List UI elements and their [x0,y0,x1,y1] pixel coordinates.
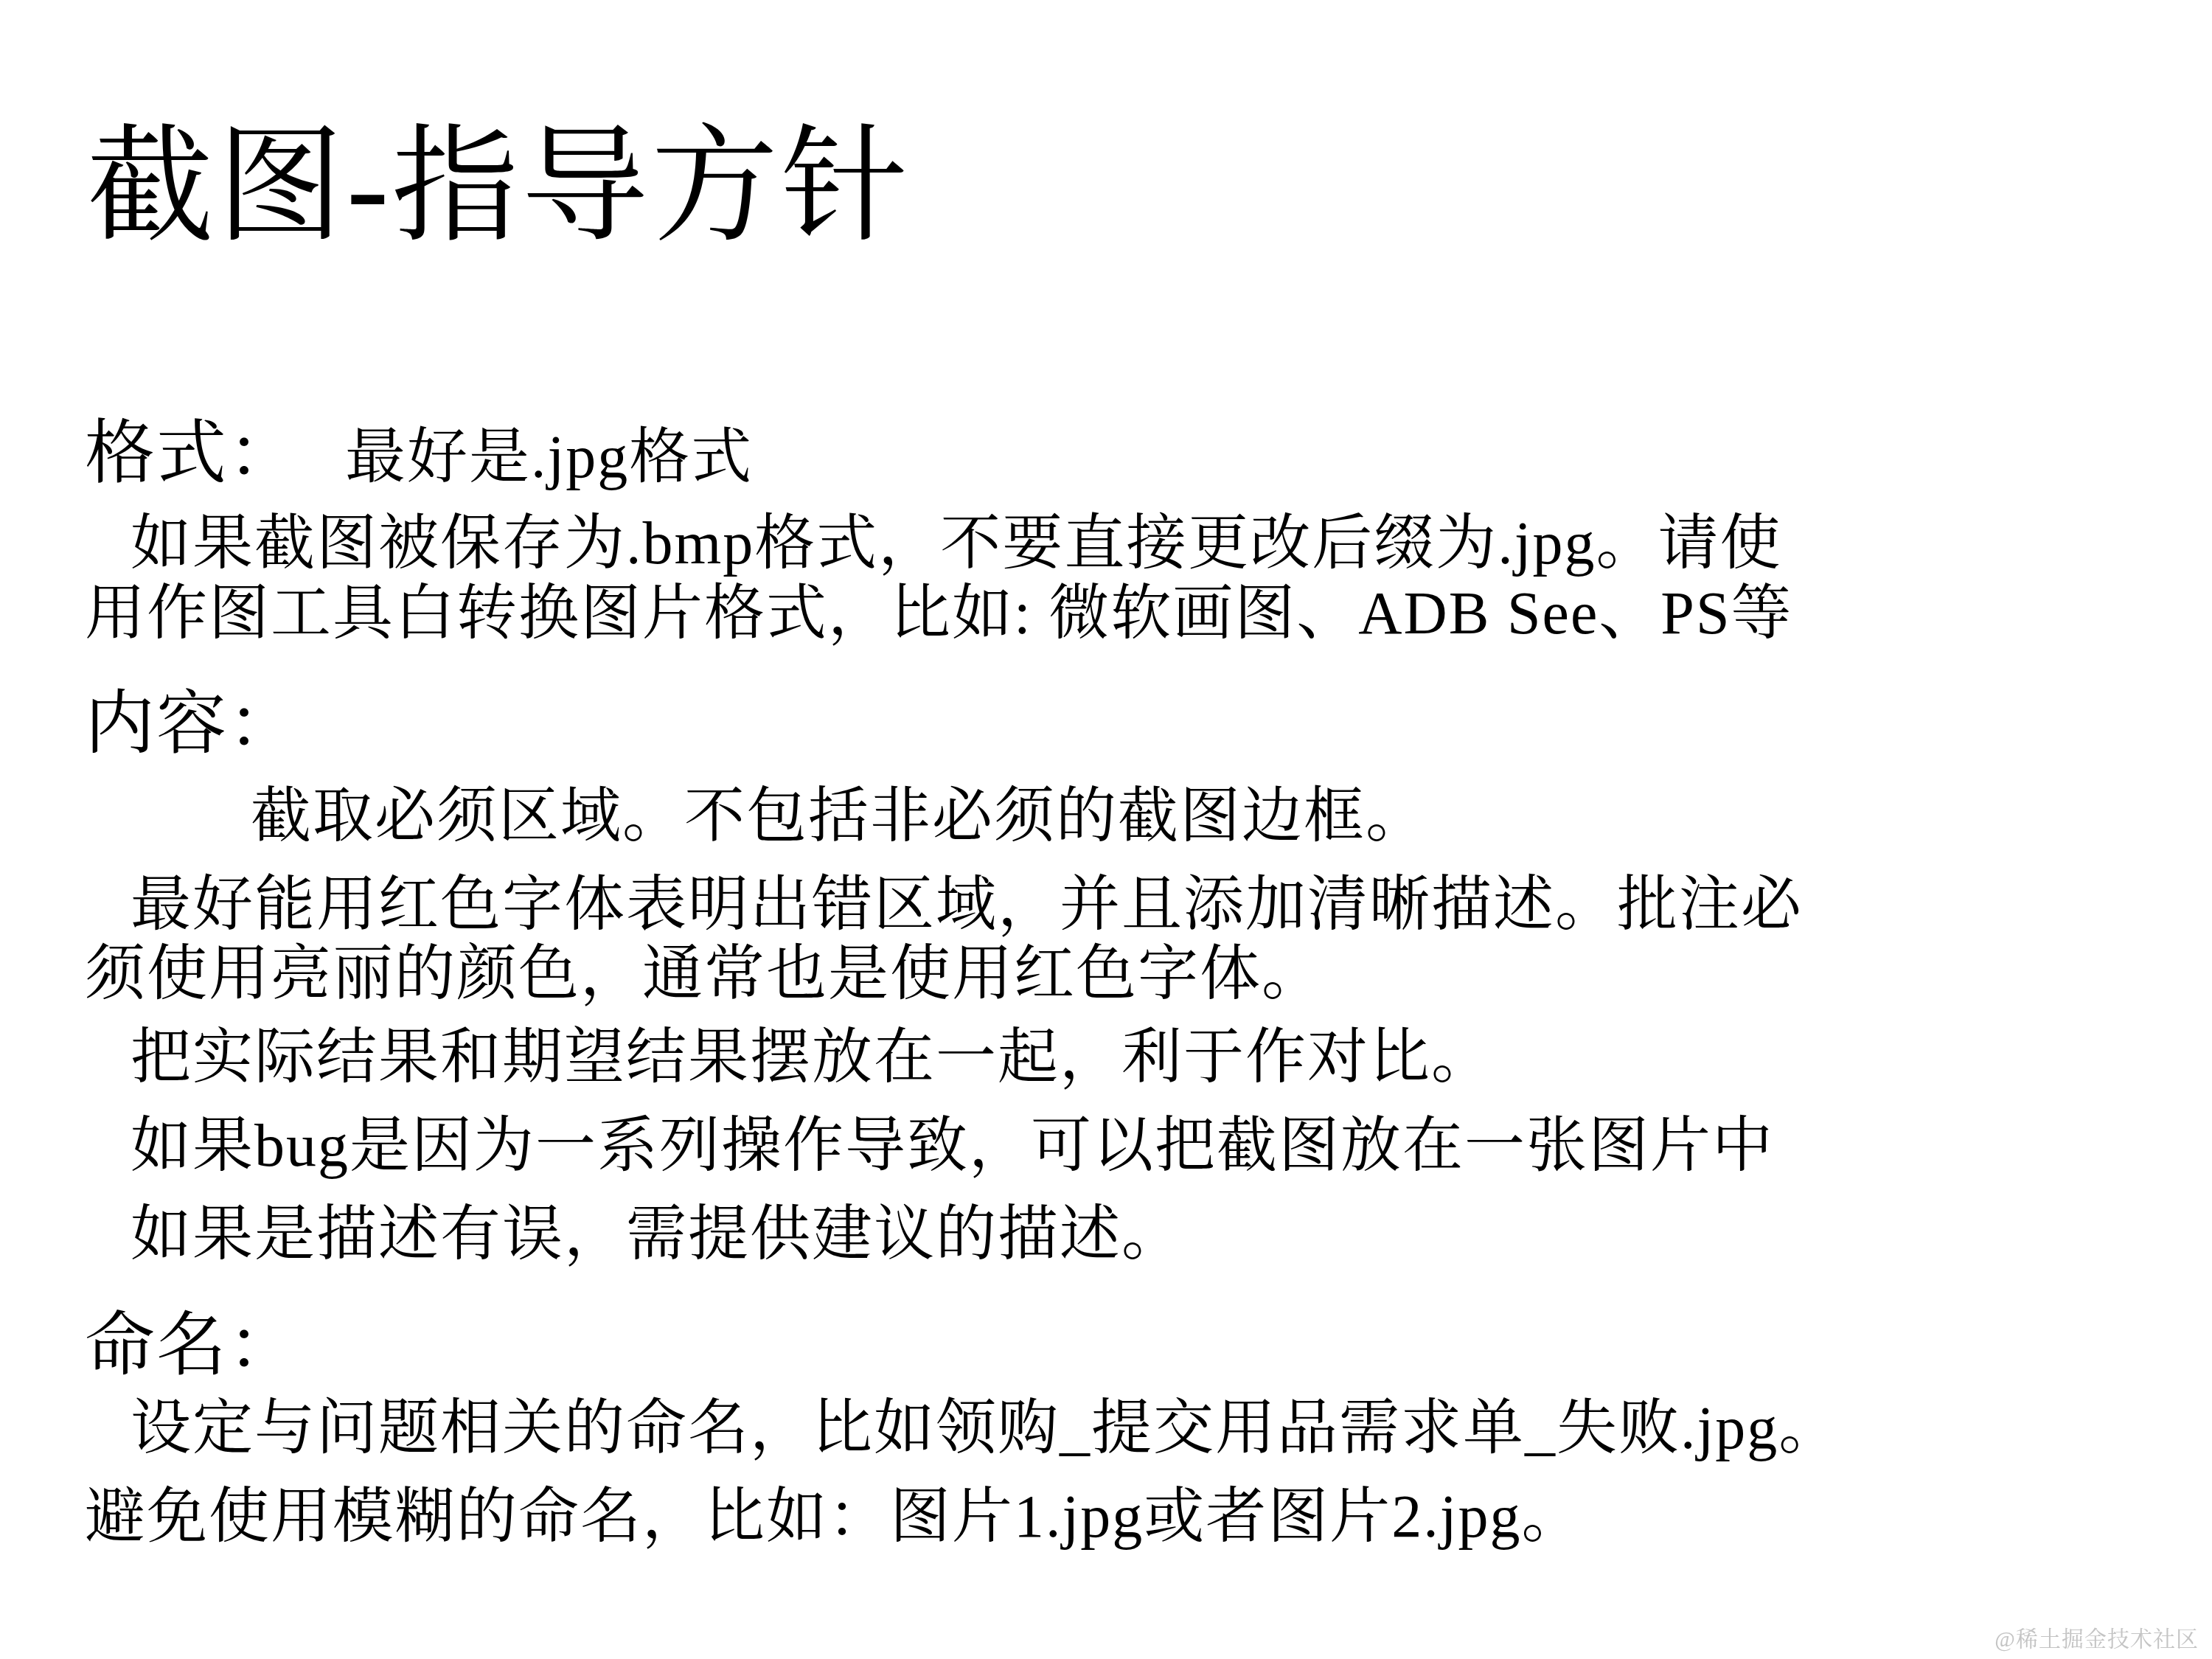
section-content-heading: 内容： [85,682,299,766]
content-body-line-3: 须使用亮丽的颜色，通常也是使用红色字体。 [85,938,1324,1010]
format-body-line-2: 用作图工具白转换图片格式，比如: 微软画图、ADB See、PS等 [85,577,1793,650]
section-format-heading: 格式： [85,414,299,493]
content-body-line-4: 把实际结果和期望结果摆放在一起，利于作对比。 [131,1021,1493,1093]
section-format-heading-row: 格式：最好是.jpg格式 [85,411,753,495]
format-body-line-1: 如果截图被保存为.bmp格式，不要直接更改后缀为.jpg。请使 [131,507,1782,580]
slide-title: 截图-指导方针 [87,118,911,257]
presentation-slide: 截图-指导方针 格式：最好是.jpg格式 如果截图被保存为.bmp格式，不要直接… [0,0,2212,1659]
naming-body-line-1: 设定与问题相关的命名，比如领购_提交用品需求单_失败.jpg。 [131,1392,1840,1464]
content-body-line-2: 最好能用红色字体表明出错区域，并且添加清晰描述。批注必 [131,869,1803,941]
watermark-text: @稀土掘金技术社区 [1994,1621,2199,1653]
naming-body-line-2: 避免使用模糊的命名，比如：图片1.jpg或者图片2.jpg。 [85,1481,1584,1553]
content-body-line-6: 如果是描述有误，需提供建议的描述。 [131,1198,1183,1270]
section-naming-heading: 命名： [85,1304,299,1388]
content-body-line-5: 如果bug是因为一系列操作导致，可以把截图放在一张图片中 [131,1110,1774,1182]
section-format-intro: 最好是.jpg格式 [345,423,753,490]
content-body-line-1: 截取必须区域。不包括非必须的截图边框。 [251,780,1427,852]
